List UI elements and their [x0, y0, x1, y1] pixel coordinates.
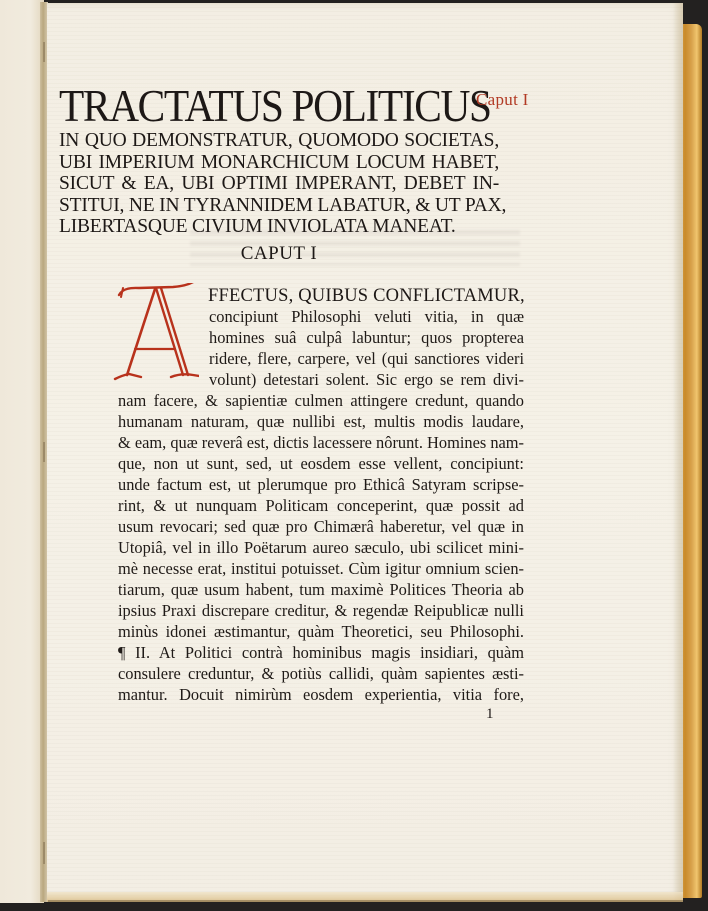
binding-thread: [43, 42, 45, 62]
binding-thread: [43, 842, 45, 864]
page-bottom-edge: [47, 892, 683, 902]
running-head: Caput I: [476, 90, 529, 110]
subtitle-block: IN QUO DEMONSTRATUR, QUOMODO SOCIETAS, U…: [59, 130, 499, 238]
body-line: mantur. Docuit nimirùm eosdem experienti…: [118, 685, 524, 705]
body-line: minùs idonei æstimantur, quàm Theoretici…: [118, 622, 524, 642]
body-line: volunt) detestari solent. Sic ergo se re…: [209, 370, 524, 390]
body-line: tiarum, quæ usum habent, tum maximè Poli…: [118, 580, 524, 600]
body-line: que, non ut sunt, sed, ut eosdem esse ve…: [118, 454, 524, 474]
section-ii-line: ¶ II. At Politici contrà hominibus magis…: [118, 643, 524, 663]
body-line: consulere creduntur, & potiùs callidi, q…: [118, 664, 524, 684]
body-line: rint, & ut nunquam Politicam conceperint…: [118, 496, 524, 516]
body-line: Utopiâ, vel in illo Poëtarum aureo sæcul…: [118, 538, 524, 558]
body-line: mè necesse erat, institui potuisset. Cùm…: [118, 559, 524, 579]
body-line: unde factum est, ut plerumque pro Ethicâ…: [118, 475, 524, 495]
subtitle-line: STITUI, NE IN TYRANNIDEM LABATUR, & UT P…: [59, 195, 499, 217]
chapter-heading: CAPUT I: [59, 243, 499, 265]
drop-cap-a-icon: [113, 283, 199, 383]
subtitle-line: UBI IMPERIUM MONARCHICUM LOCUM HABET,: [59, 152, 499, 174]
body-line: concipiunt Philosophi veluti vitia, in q…: [209, 307, 524, 327]
subtitle-line: SICUT & EA, UBI OPTIMI IMPERANT, DEBET I…: [59, 173, 499, 195]
body-line: homines suâ culpâ labuntur; quos propter…: [209, 328, 524, 348]
book-title: TRACTATUS POLITICUS: [59, 80, 491, 132]
subtitle-line: IN QUO DEMONSTRATUR, QUOMODO SOCIETAS,: [59, 130, 499, 152]
body-line: nam facere, & sapientiæ culmen attingere…: [118, 391, 524, 411]
verso-page-edge: [0, 0, 44, 903]
body-line: ridere, flere, carpere, vel (qui sanctio…: [209, 349, 524, 369]
body-line: usum revocari; sed quæ pro Chimærâ haber…: [118, 517, 524, 537]
body-line: humanam naturam, quæ nullibi est, multis…: [118, 412, 524, 432]
page-number: 1: [486, 706, 494, 723]
body-line: ipsius Praxi discrepare creditur, & rege…: [118, 601, 524, 621]
book-photo: TRACTATUS POLITICUS Caput I IN QUO DEMON…: [0, 0, 708, 911]
opening-line-caps: FFECTUS, QUIBUS CONFLICTAMUR,: [208, 286, 524, 307]
binding-thread: [43, 442, 45, 462]
body-line: & eam, quæ reverâ est, dictis lacessere …: [118, 433, 524, 453]
